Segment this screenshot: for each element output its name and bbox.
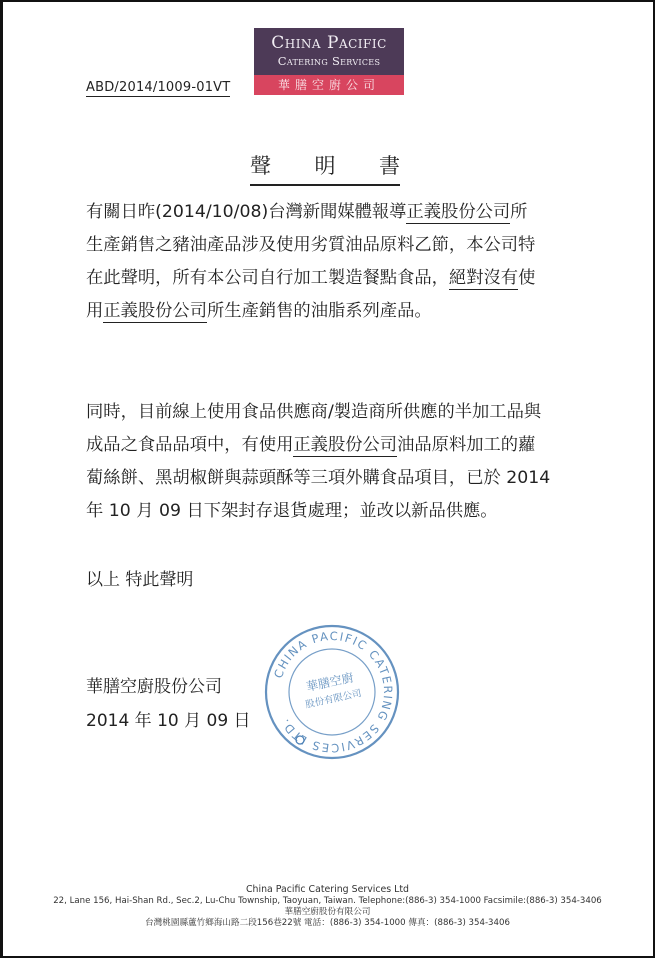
company-seal-stamp: CHINA PACIFIC CATERING SERVICES LTD. 華膳空…: [262, 622, 402, 762]
paragraph-line: 生產銷售之豬油產品涉及使用劣質油品原料乙節，本公司特: [86, 229, 576, 262]
paragraph-line: 有關日昨(2014/10/08)台灣新聞媒體報導正義股份公司所: [86, 196, 576, 229]
reference-number: ABD/2014/1009-01VT: [86, 80, 230, 97]
signature-date: 2014 年 10 月 09 日: [86, 706, 251, 731]
logo-english-block: China Pacific Catering Services: [254, 28, 404, 75]
paragraph-line: 年 10 月 09 日下架封存退貨處理；並改以新品供應。: [86, 495, 576, 528]
text-segment: 油品原料加工的蘿: [397, 435, 535, 455]
text-segment: 成品之食品品項中，有使用: [86, 435, 293, 455]
footer-company-zh: 華膳空廚股份有限公司: [0, 907, 655, 918]
underlined-text: 正義股份公司: [406, 202, 510, 224]
text-segment: 所生產銷售的油脂系列產品。: [207, 301, 432, 321]
document-title: 聲 明 書: [250, 150, 400, 186]
paragraph-line: 同時，目前線上使用食品供應商/製造商所供應的半加工品與: [86, 396, 576, 429]
underlined-text: 絕對沒有: [449, 268, 518, 290]
paragraph-1: 有關日昨(2014/10/08)台灣新聞媒體報導正義股份公司所生產銷售之豬油產品…: [86, 196, 576, 328]
paragraph-line: 成品之食品品項中，有使用正義股份公司油品原料加工的蘿: [86, 429, 576, 462]
stamp-outer-text: CHINA PACIFIC CATERING SERVICES LTD.: [271, 629, 395, 755]
paragraph-2: 同時，目前線上使用食品供應商/製造商所供應的半加工品與成品之食品品項中，有使用正…: [86, 396, 576, 528]
footer-company-en: China Pacific Catering Services Ltd: [0, 884, 655, 895]
underlined-text: 正義股份公司: [293, 435, 397, 457]
underlined-text: 正義股份公司: [103, 301, 207, 323]
text-segment: 用: [86, 301, 103, 321]
text-segment: 蔔絲餅、黑胡椒餅與蒜頭酥等三項外購食品項目，已於 2014: [86, 468, 550, 488]
title-char-3: 書: [379, 150, 400, 180]
company-logo: China Pacific Catering Services 華膳空廚公司: [254, 28, 404, 95]
svg-text:CHINA PACIFIC CATERING SERVICE: CHINA PACIFIC CATERING SERVICES LTD.: [271, 629, 395, 755]
text-segment: 有關日昨(2014/10/08)台灣新聞媒體報導: [86, 202, 406, 222]
logo-chinese: 華膳空廚公司: [254, 75, 404, 95]
text-segment: 年 10 月 09 日下架封存退貨處理；並改以新品供應。: [86, 501, 498, 521]
signature-company: 華膳空廚股份公司: [86, 672, 222, 697]
paragraph-line: 蔔絲餅、黑胡椒餅與蒜頭酥等三項外購食品項目，已於 2014: [86, 462, 576, 495]
text-segment: 所: [510, 202, 527, 222]
title-char-2: 明: [315, 150, 336, 180]
footer-address-en: 22, Lane 156, Hai-Shan Rd., Sec.2, Lu-Ch…: [0, 896, 655, 907]
text-segment: 同時，目前線上使用食品供應商/製造商所供應的半加工品與: [86, 402, 541, 422]
text-segment: 使: [518, 268, 535, 288]
logo-line1: China Pacific: [254, 33, 404, 53]
text-segment: 在此聲明，所有本公司自行加工製造餐點食品，: [86, 268, 449, 288]
logo-line2: Catering Services: [254, 53, 404, 69]
text-segment: 生產銷售之豬油產品涉及使用劣質油品原料乙節，本公司特: [86, 235, 535, 255]
footer-address-zh: 台灣桃園縣蘆竹鄉海山路二段156巷22號 電話：(886-3) 354-1000…: [0, 918, 655, 929]
paragraph-line: 用正義股份公司所生產銷售的油脂系列產品。: [86, 295, 576, 328]
title-char-1: 聲: [250, 150, 271, 180]
closing-statement: 以上 特此聲明: [86, 565, 193, 590]
paragraph-line: 在此聲明，所有本公司自行加工製造餐點食品，絕對沒有使: [86, 262, 576, 295]
